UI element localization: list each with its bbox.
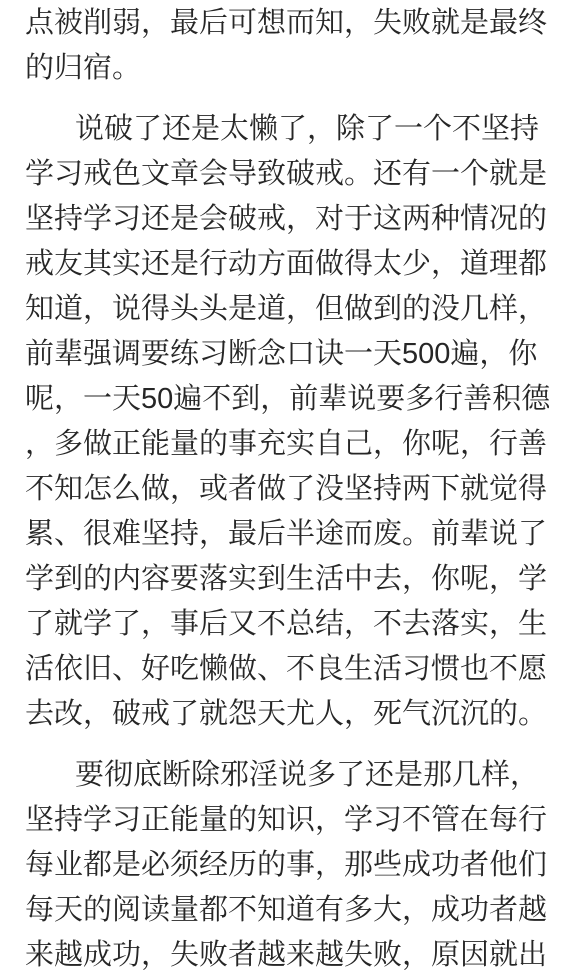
text-line: 呢，一天50遍不到，前辈说要多行善积德 <box>25 377 552 422</box>
text-line: 去改，破戒了就怨天尤人，死气沉沉的。 <box>25 692 552 737</box>
article-body: 点被削弱，最后可想而知，失败就是最终的归宿。说破了还是太懒了，除了一个不坚持学习… <box>0 0 580 974</box>
paragraph: 要彻底断除邪淫说多了还是那几样，坚持学习正能量的知识，学习不管在每行每业都是必须… <box>25 753 552 974</box>
paragraph: 说破了还是太懒了，除了一个不坚持学习戒色文章会导致破戒。还有一个就是坚持学习还是… <box>25 107 552 737</box>
text-line: 来越成功，失败者越来越失败，原因就出 <box>25 933 552 974</box>
text-line: 坚持学习还是会破戒，对于这两种情况的 <box>25 197 552 242</box>
text-line: 前辈强调要练习断念口诀一天500遍，你 <box>25 332 552 377</box>
text-line: 累、很难坚持，最后半途而废。前辈说了 <box>25 512 552 557</box>
article-page: 点被削弱，最后可想而知，失败就是最终的归宿。说破了还是太懒了，除了一个不坚持学习… <box>0 0 580 974</box>
text-line: 不知怎么做，或者做了没坚持两下就觉得 <box>25 467 552 512</box>
text-line: 知道，说得头头是道，但做到的没几样， <box>25 287 552 332</box>
text-line: 每业都是必须经历的事，那些成功者他们 <box>25 843 552 888</box>
text-line: 点被削弱，最后可想而知，失败就是最终 <box>25 1 552 46</box>
text-line: 戒友其实还是行动方面做得太少，道理都 <box>25 242 552 287</box>
text-line: 的归宿。 <box>25 46 552 91</box>
paragraph: 点被削弱，最后可想而知，失败就是最终的归宿。 <box>25 1 552 91</box>
text-line: 学到的内容要落实到生活中去，你呢，学 <box>25 557 552 602</box>
text-line: 每天的阅读量都不知道有多大，成功者越 <box>25 888 552 933</box>
text-line: 活依旧、好吃懒做、不良生活习惯也不愿 <box>25 647 552 692</box>
text-line: 学习戒色文章会导致破戒。还有一个就是 <box>25 152 552 197</box>
text-line: 要彻底断除邪淫说多了还是那几样， <box>25 753 552 798</box>
text-line: 了就学了，事后又不总结，不去落实，生 <box>25 602 552 647</box>
text-line: 坚持学习正能量的知识，学习不管在每行 <box>25 798 552 843</box>
text-line: 说破了还是太懒了，除了一个不坚持 <box>25 107 552 152</box>
text-line: ，多做正能量的事充实自己，你呢，行善 <box>25 422 552 467</box>
